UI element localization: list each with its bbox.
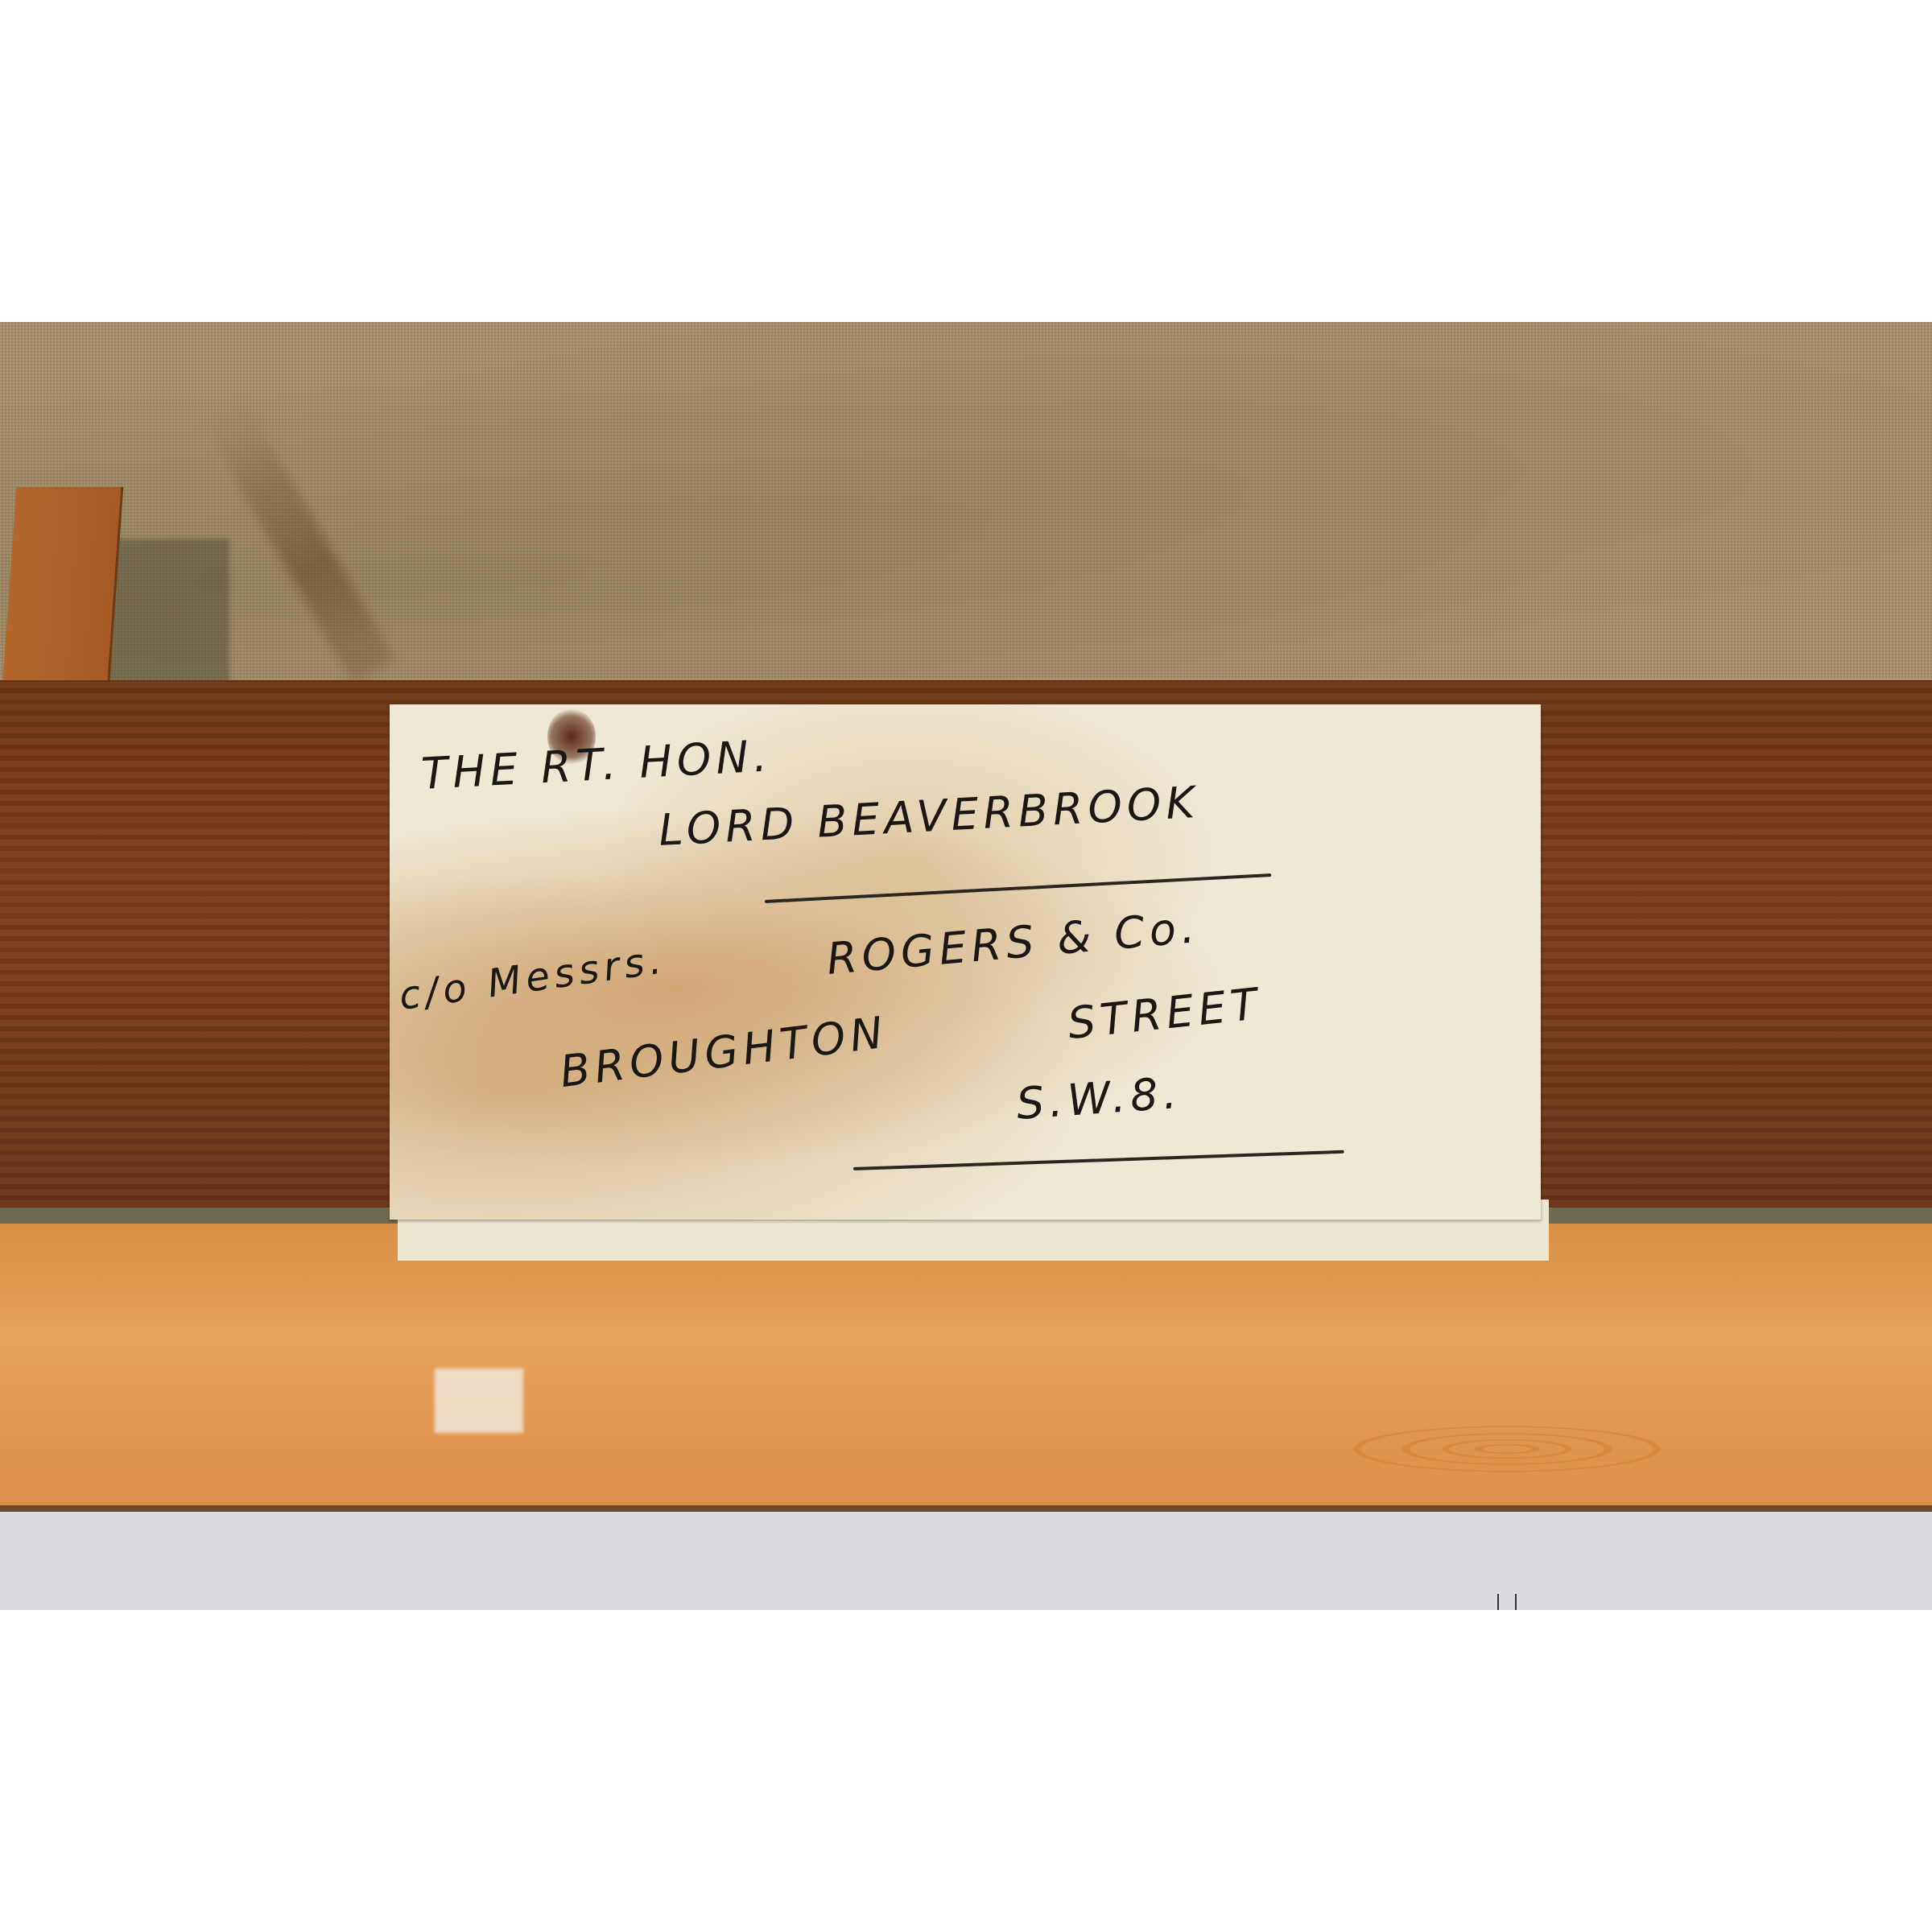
photograph: THE RT. HON. LORD BEAVERBROOK c/o Messrs… bbox=[0, 322, 1932, 1610]
hanging-wire bbox=[1497, 1594, 1517, 1610]
lower-stretcher-bar bbox=[0, 1224, 1932, 1512]
paint-mark bbox=[435, 1368, 523, 1433]
